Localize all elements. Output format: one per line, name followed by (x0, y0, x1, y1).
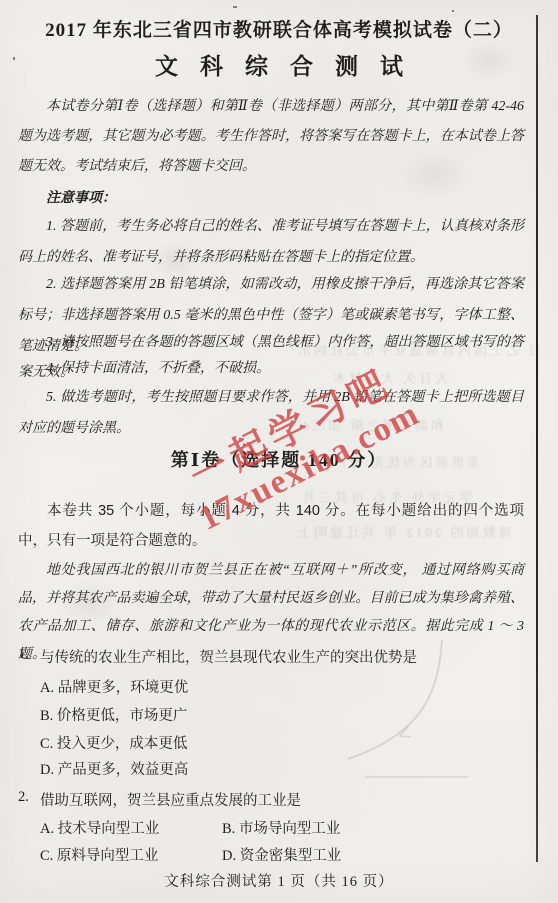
question-1-stem: 与传统的农业生产相比，贺兰县现代农业生产的突出优势是 (40, 646, 524, 667)
question-1-number: 1. (18, 646, 40, 667)
page-title: 2017 年东北三省四市教研联合体高考模拟试卷（二） (0, 15, 558, 42)
scan-speck (233, 6, 237, 8)
question-2-number: 2. (18, 789, 40, 810)
scan-speck (452, 10, 454, 12)
notice-item-1: 1. 答题前，考生务必将自己的姓名、准考证号填写在答题卡上，认真核对条形码上的姓… (18, 211, 524, 273)
question-2-option-a: A. 技术导向型工业 (40, 817, 159, 838)
question-2: 2. 借助互联网，贺兰县应重点发展的工业是 (18, 789, 524, 810)
question-2-option-d: D. 资金密集型工业 (222, 844, 341, 865)
section1-header: 第Ⅰ卷（选择题 140 分） (0, 446, 558, 472)
page-footer: 文科综合测试第 1 页（共 16 页） (0, 870, 558, 891)
page-fold-line (536, 15, 538, 862)
notice-title: 注意事项： (18, 184, 524, 214)
question-2-option-c: C. 原料导向型工业 (40, 844, 158, 865)
question-1: 1. 与传统的农业生产相比，贺兰县现代农业生产的突出优势是 (18, 646, 524, 667)
question-1-option-b: B. 价格更低，市场更广 (40, 704, 187, 725)
exam-intro-paragraph: 本试卷分第Ⅰ卷（选择题）和第Ⅱ卷（非选择题）两部分，其中第Ⅱ卷第 42-46 题… (18, 92, 524, 182)
question-1-option-c: C. 投入更少，成本更低 (40, 732, 187, 753)
scanned-exam-page: 2017 年东北三省四市教研联合体高考模拟试卷（二） 文科综合测试 本试卷分第Ⅰ… (0, 0, 558, 903)
question-1-option-a: A. 品牌更多，环境更优 (40, 676, 188, 697)
question-2-option-b: B. 市场导向型工业 (222, 817, 340, 838)
notice-item-4: 4. 保持卡面清洁，不折叠，不破损。 (18, 354, 524, 384)
section1-instructions: 本卷共 35 个小题，每小题 4 分，共 140 分。在每小题给出的四个选项中，… (18, 496, 524, 556)
question-1-option-d: D. 产品更多，效益更高 (40, 758, 188, 779)
notice-item-5: 5. 做选考题时，考生按照题目要求作答，并用 2B 铅笔在答题卡上把所选题目对应… (18, 382, 524, 444)
page-subtitle: 文科综合测试 (0, 48, 558, 81)
question-2-stem: 借助互联网，贺兰县应重点发展的工业是 (40, 789, 524, 810)
